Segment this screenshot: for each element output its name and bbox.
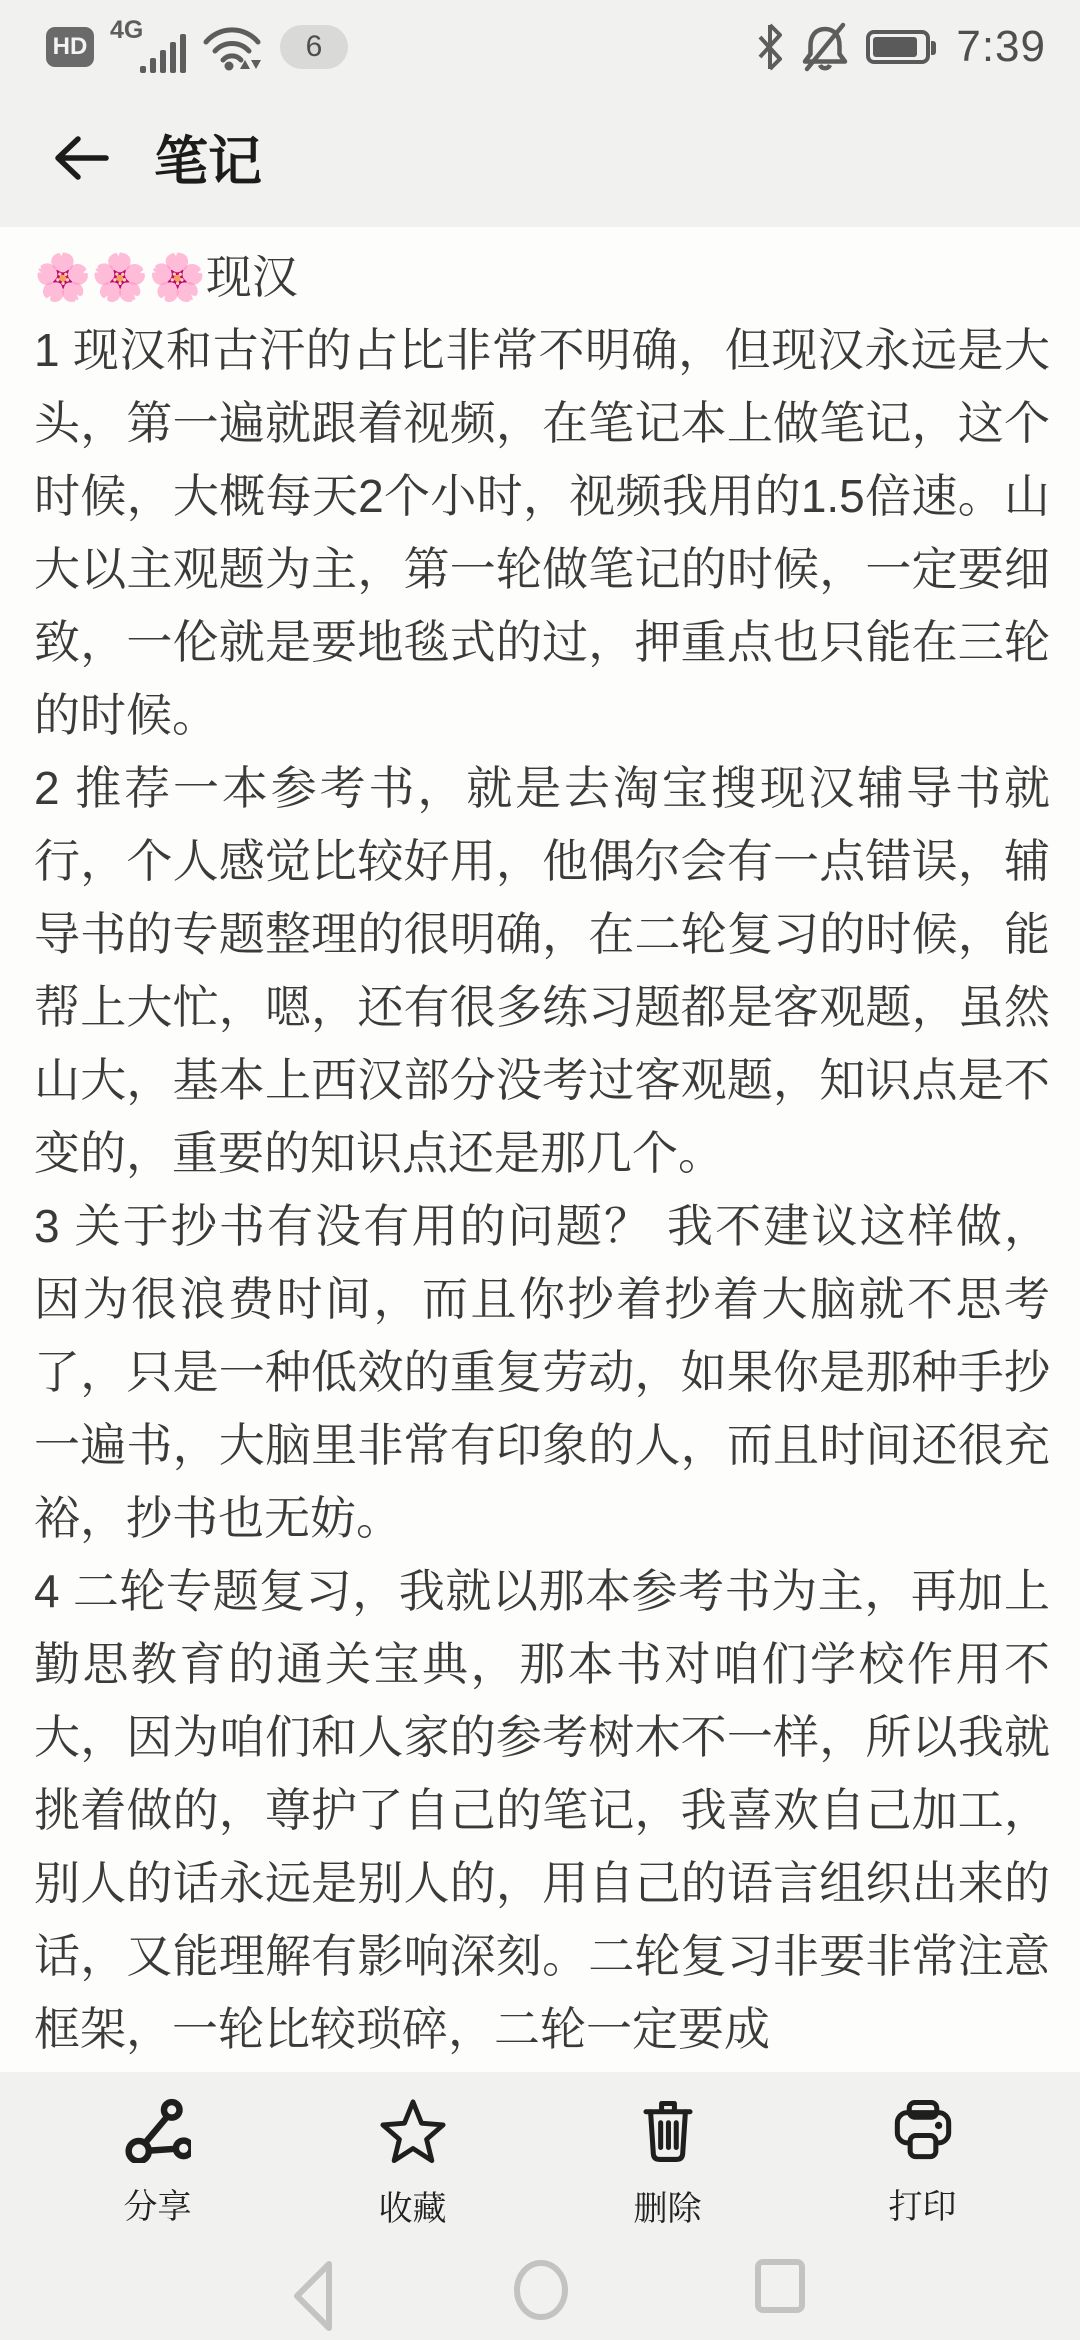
nav-recents-square-icon bbox=[754, 2258, 806, 2314]
note-paragraph: 1 现汉和古汗的占比非常不明确，但现汉永远是大头，第一遍就跟着视频，在笔记本上做… bbox=[34, 314, 1050, 752]
network-type-label: 4G bbox=[110, 16, 143, 45]
nav-back-button[interactable] bbox=[288, 2258, 336, 2334]
favorite-button[interactable]: 收藏 bbox=[285, 2096, 540, 2231]
nav-home-button[interactable] bbox=[512, 2258, 570, 2322]
nav-back-triangle-icon bbox=[288, 2258, 336, 2334]
print-button[interactable]: 打印 bbox=[795, 2096, 1050, 2229]
back-arrow-icon bbox=[52, 134, 110, 182]
nav-home-circle-icon bbox=[512, 2258, 570, 2322]
hd-voLTE-icon: HD bbox=[46, 27, 94, 67]
favorite-label: 收藏 bbox=[379, 2181, 447, 2230]
battery-icon bbox=[866, 30, 930, 64]
wifi-icon bbox=[202, 21, 264, 73]
star-icon bbox=[378, 2097, 448, 2165]
app-header: 笔记 bbox=[0, 88, 1080, 227]
note-paragraph: 3 关于抄书有没有用的问题？ 我不建议这样做，因为很浪费时间，而且你抄着抄着大脑… bbox=[34, 1190, 1050, 1555]
trash-icon bbox=[635, 2097, 701, 2165]
signal-bars-icon bbox=[140, 34, 186, 73]
cellular-signal-4g-icon: 4G bbox=[110, 18, 186, 76]
notification-count-badge: 6 bbox=[280, 25, 348, 69]
delete-button[interactable]: 删除 bbox=[540, 2096, 795, 2231]
mute-bell-icon bbox=[800, 21, 850, 73]
note-content[interactable]: 🌸🌸🌸现汉 1 现汉和古汗的占比非常不明确，但现汉永远是大头，第一遍就跟着视频，… bbox=[0, 227, 1080, 2072]
share-label: 分享 bbox=[124, 2179, 192, 2228]
back-button[interactable] bbox=[52, 134, 112, 182]
share-button[interactable]: 分享 bbox=[30, 2096, 285, 2229]
nav-recents-button[interactable] bbox=[754, 2258, 806, 2314]
share-icon bbox=[125, 2097, 191, 2163]
bottom-bar: 分享 收藏 删 bbox=[0, 2072, 1080, 2340]
note-paragraph: 4 二轮专题复习，我就以那本参考书为主，再加上勤思教育的通关宝典，那本书对咱们学… bbox=[34, 1555, 1050, 2066]
note-paragraph: 2 推荐一本参考书，就是去淘宝搜现汉辅导书就行，个人感觉比较好用，他偶尔会有一点… bbox=[34, 752, 1050, 1190]
status-bar: HD 4G 6 bbox=[0, 0, 1080, 88]
note-action-toolbar: 分享 收藏 删 bbox=[0, 2072, 1080, 2231]
printer-icon bbox=[890, 2097, 956, 2163]
print-label: 打印 bbox=[889, 2179, 957, 2228]
note-paragraph: 🌸🌸🌸现汉 bbox=[34, 241, 1050, 314]
page-title: 笔记 bbox=[154, 119, 262, 196]
system-nav-bar bbox=[0, 2254, 1080, 2340]
bluetooth-icon bbox=[756, 23, 784, 71]
delete-label: 删除 bbox=[634, 2181, 702, 2230]
status-time: 7:39 bbox=[956, 22, 1046, 72]
notes-app-screen: HD 4G 6 bbox=[0, 0, 1080, 2340]
